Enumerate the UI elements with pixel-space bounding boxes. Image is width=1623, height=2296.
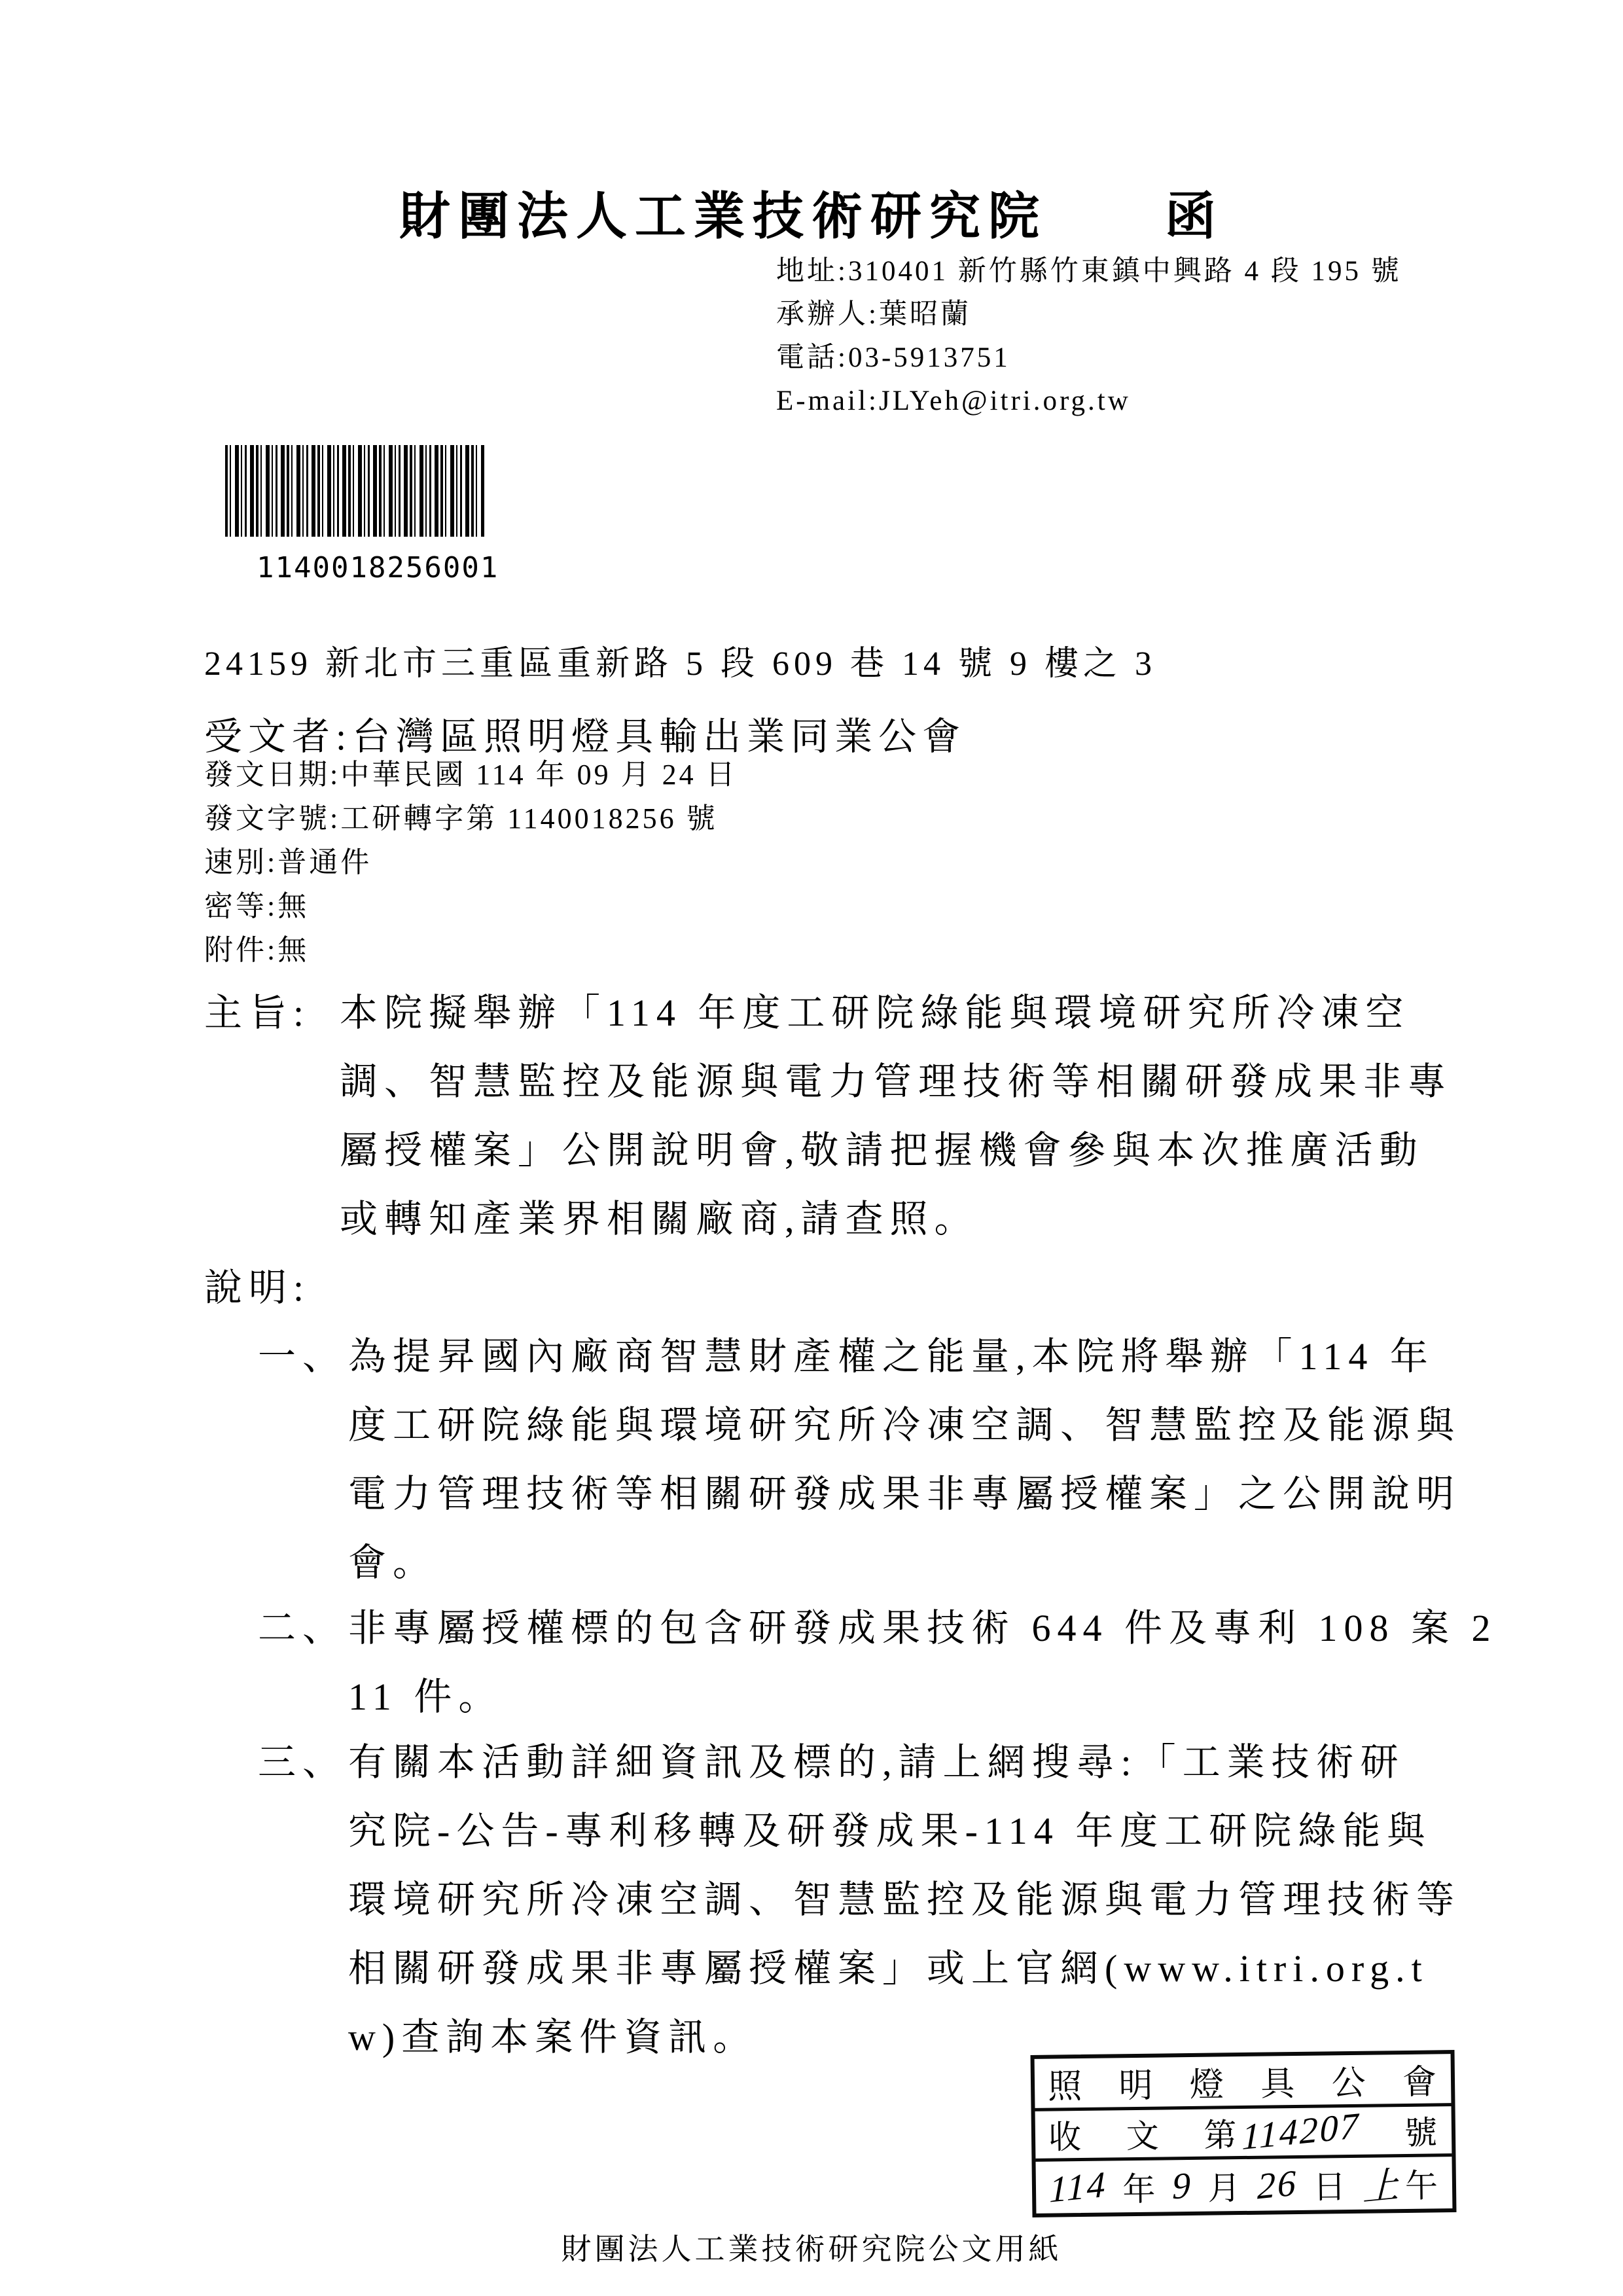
stamp-number-group: 第 114207 bbox=[1204, 2108, 1361, 2157]
attachment-note: 附件:無 bbox=[204, 928, 738, 972]
item-3-label: 三、 bbox=[258, 1741, 348, 1785]
issue-number: 發文字號:工研轉字第 1140018256 號 bbox=[204, 797, 738, 840]
item-2-label: 二、 bbox=[258, 1607, 348, 1651]
letter-meta-block: 發文日期:中華民國 114 年 09 月 24 日 發文字號:工研轉字第 114… bbox=[204, 753, 738, 972]
item-2-text-1: 非專屬授權標的包含研發成果技術 644 件及專利 108 案 2 bbox=[348, 1607, 1497, 1649]
sender-address: 地址:310401 新竹縣竹東鎮中興路 4 段 195 號 bbox=[776, 250, 1402, 293]
stamp-day-unit: 日 bbox=[1313, 2161, 1347, 2208]
item-3-line-3: 環境研究所冷凍空調、智慧監控及能源與電力管理技術等 bbox=[348, 1878, 1461, 1922]
item-3-line-1: 三、有關本活動詳細資訊及標的,請上網搜尋:「工業技術研 bbox=[258, 1741, 1405, 1785]
item-1-line-2: 度工研院綠能與環境研究所冷凍空調、智慧監控及能源與 bbox=[348, 1404, 1461, 1448]
item-1-text-1: 為提昇國內廠商智慧財產權之能量,本院將舉辦「114 年 bbox=[348, 1335, 1435, 1378]
item-1-label: 一、 bbox=[258, 1335, 348, 1379]
subject-label: 主旨: bbox=[204, 992, 340, 1035]
item-2-line-2: 11 件。 bbox=[348, 1676, 503, 1719]
security-class: 密等:無 bbox=[204, 884, 738, 928]
item-1-line-3: 電力管理技術等相關研發成果非專屬授權案」之公開說明 bbox=[348, 1473, 1461, 1516]
stamp-receive-char: 收 bbox=[1048, 2111, 1083, 2159]
receipt-stamp-box: 照 明 燈 具 公 會 收 文 第 114207 號 114 年 9 月 26 … bbox=[1031, 2050, 1457, 2217]
item-1-line-1: 一、為提昇國內廠商智慧財產權之能量,本院將舉辦「114 年 bbox=[258, 1335, 1435, 1379]
subject-text-1: 本院擬舉辦「114 年度工研院綠能與環境研究所冷凍空 bbox=[340, 992, 1410, 1034]
sender-email: E-mail:JLYeh@itri.org.tw bbox=[776, 380, 1402, 423]
stamp-month-unit: 月 bbox=[1207, 2162, 1242, 2210]
barcode-number: 1140018256001 bbox=[257, 551, 499, 584]
stamp-ampm-print: 午 bbox=[1404, 2159, 1439, 2207]
item-2-line-1: 二、非專屬授權標的包含研發成果技術 644 件及專利 108 案 2 bbox=[258, 1607, 1497, 1651]
barcode-image bbox=[225, 445, 484, 537]
stamp-number-handwritten: 114207 bbox=[1242, 2105, 1361, 2159]
stationery-footer: 財團法人工業技術研究院公文用紙 bbox=[0, 2225, 1623, 2269]
stamp-ampm-group: 上 午 bbox=[1362, 2157, 1439, 2210]
stamp-number-suffix: 號 bbox=[1404, 2106, 1439, 2154]
stamp-month-handwritten: 9 bbox=[1172, 2164, 1192, 2208]
subject-line-2: 調、智慧監控及能源與電力管理技術等相關研發成果非專 bbox=[340, 1060, 1452, 1104]
item-3-line-5: w)查詢本案件資訊。 bbox=[348, 2016, 757, 2060]
sender-contact-person: 承辦人:葉昭蘭 bbox=[776, 293, 1402, 336]
explanation-label: 說明: bbox=[204, 1266, 310, 1310]
stamp-day-handwritten: 26 bbox=[1257, 2162, 1298, 2208]
recipient-postal-address: 24159 新北市三重區重新路 5 段 609 巷 14 號 9 樓之 3 bbox=[204, 645, 1156, 683]
item-1-line-4: 會。 bbox=[348, 1541, 437, 1585]
stamp-receipt-number-row: 收 文 第 114207 號 bbox=[1035, 2103, 1452, 2159]
item-3-line-4: 相關研發成果非專屬授權案」或上官網(www.itri.org.t bbox=[348, 1947, 1429, 1991]
subject-line-3: 屬授權案」公開說明會,敬請把握機會參與本次推廣活動 bbox=[340, 1129, 1424, 1173]
stamp-year-handwritten: 114 bbox=[1049, 2164, 1107, 2212]
recipient-name: 受文者:台灣區照明燈具輸出業同業公會 bbox=[204, 716, 966, 758]
stamp-ampm-handwritten: 上 bbox=[1363, 2155, 1401, 2212]
stamp-association-name: 照 明 燈 具 公 會 bbox=[1048, 2054, 1438, 2108]
item-3-line-2: 究院-公告-專利移轉及研發成果-114 年度工研院綠能與 bbox=[348, 1810, 1431, 1854]
issue-date: 發文日期:中華民國 114 年 09 月 24 日 bbox=[204, 753, 738, 797]
stamp-association-row: 照 明 燈 具 公 會 bbox=[1035, 2054, 1452, 2108]
item-3-text-1: 有關本活動詳細資訊及標的,請上網搜尋:「工業技術研 bbox=[348, 1741, 1405, 1784]
subject-line-4: 或轉知產業界相關廠商,請查照。 bbox=[340, 1198, 979, 1242]
stamp-year-unit: 年 bbox=[1122, 2163, 1157, 2211]
sender-phone: 電話:03-5913751 bbox=[776, 336, 1402, 380]
document-title: 財團法人工業技術研究院 函 bbox=[0, 175, 1623, 249]
stamp-date-row: 114 年 9 月 26 日 上 午 bbox=[1035, 2153, 1452, 2214]
subject-line-1: 主旨:本院擬舉辦「114 年度工研院綠能與環境研究所冷凍空 bbox=[204, 992, 1410, 1035]
speed-class: 速別:普通件 bbox=[204, 840, 738, 884]
sender-contact-block: 地址:310401 新竹縣竹東鎮中興路 4 段 195 號 承辦人:葉昭蘭 電話… bbox=[776, 250, 1402, 423]
stamp-number-prefix: 第 bbox=[1204, 2109, 1238, 2157]
stamp-doc-char: 文 bbox=[1126, 2110, 1160, 2158]
